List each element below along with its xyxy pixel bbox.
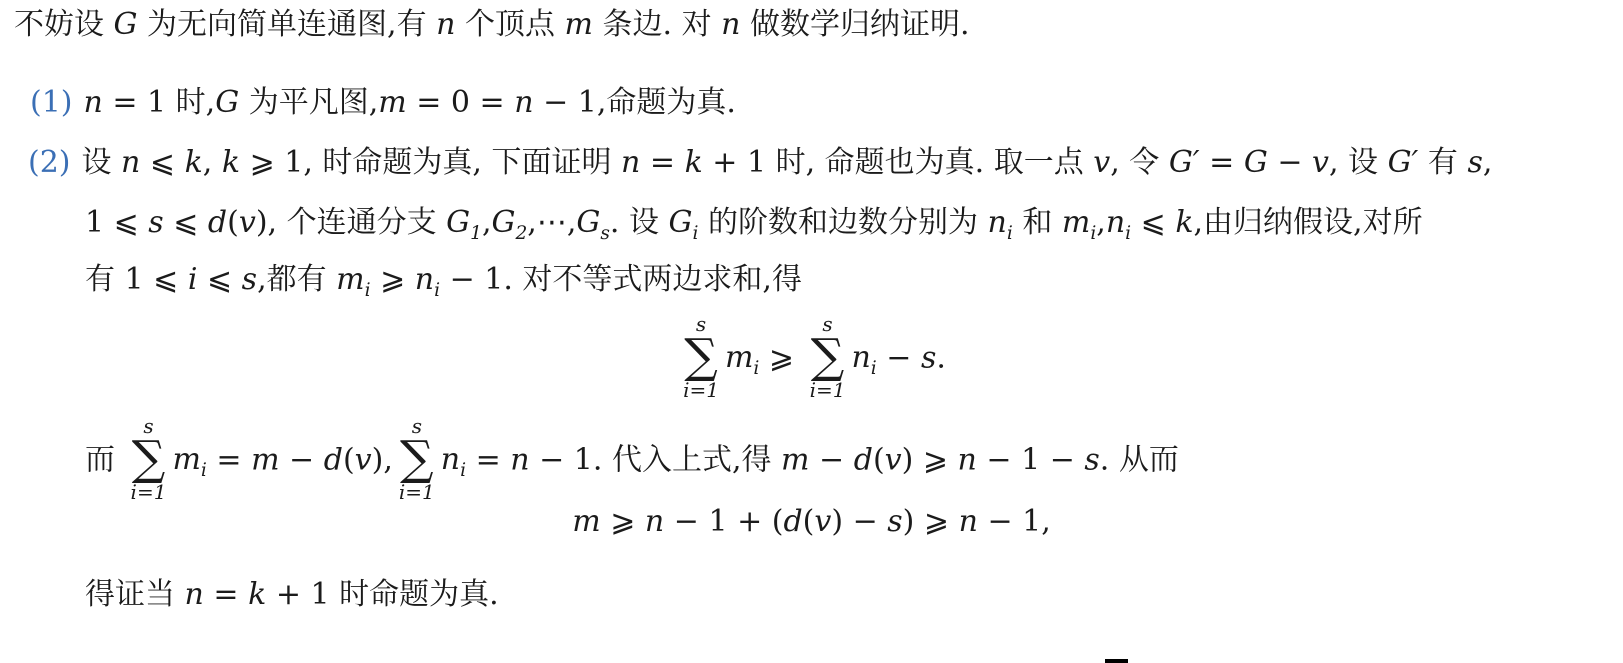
math-variable: G2 — [491, 205, 527, 240]
display-equation-final-inequality: m ⩾ n − 1 + (d(v) − s) ⩾ n − 1, — [0, 503, 1623, 541]
math-variable: n — [645, 504, 664, 539]
math-variable: G′ — [1388, 145, 1419, 180]
math-subscript: s — [600, 223, 610, 244]
math-variable: n — [959, 504, 978, 539]
math-variable: m — [572, 504, 600, 539]
math-variable: mi — [1062, 205, 1096, 240]
item-2-continuation-2: 有 1 ⩽ i ⩽ s,都有 mi ⩾ ni − 1. 对不等式两边求和,得 — [85, 261, 802, 299]
math-variable: ni — [988, 205, 1013, 240]
text-run: , — [1483, 145, 1493, 180]
math-variable: d — [783, 504, 802, 539]
math-variable: n — [436, 7, 455, 42]
text-run: 得证当 — [85, 577, 185, 612]
math-variable: m — [251, 442, 279, 477]
text-run: ⩾ — [759, 340, 803, 375]
math-variable: Gi — [669, 205, 699, 240]
text-run: ,都有 — [257, 262, 336, 297]
text-run: − 1 + ( — [664, 504, 783, 539]
math-variable: mi — [336, 262, 370, 297]
item-number: (1) — [30, 85, 73, 120]
math-variable: s — [148, 205, 163, 240]
intro-line: 不妨设 G 为无向简单连通图,有 n 个顶点 m 条边. 对 n 做数学归纳证明… — [14, 6, 970, 44]
text-run: ⩾ — [601, 504, 645, 539]
math-variable: G — [1244, 145, 1268, 180]
sigma-glyph: ∑ — [400, 437, 434, 482]
math-variable: k — [1175, 205, 1193, 240]
math-variable: d — [854, 442, 873, 477]
text-run: − 1,命题为真. — [534, 85, 736, 120]
summation-symbol: s∑i=1 — [131, 416, 167, 503]
text-run: ), — [372, 442, 393, 477]
math-variable: k — [685, 145, 703, 180]
sum-lower-limit: i=1 — [683, 380, 719, 401]
text-run: ( — [227, 205, 239, 240]
math-variable: G — [114, 7, 138, 42]
math-variable: m — [781, 442, 809, 477]
math-subscript: 2 — [515, 223, 527, 244]
text-run: , — [1096, 205, 1106, 240]
math-variable: n — [121, 145, 140, 180]
math-variable: v — [814, 504, 831, 539]
text-run: − — [810, 442, 854, 477]
math-variable: v — [885, 442, 902, 477]
text-run: ,由归纳假设,对所 — [1194, 205, 1423, 240]
text-run: 有 — [1418, 145, 1467, 180]
math-variable: n — [514, 85, 533, 120]
text-run: 1 ⩽ — [85, 205, 148, 240]
text-run: − 1 − — [977, 442, 1085, 477]
text-run: 个顶点 — [455, 7, 564, 42]
text-run: = 1 时, — [103, 85, 215, 120]
math-variable: G′ — [1169, 145, 1200, 180]
text-run: 而 — [85, 442, 125, 477]
text-run: 和 — [1013, 205, 1062, 240]
text-run: ,⋯, — [527, 205, 576, 240]
summation-symbol: s∑i=1 — [683, 314, 719, 401]
math-variable: k — [222, 145, 240, 180]
math-variable: k — [185, 145, 203, 180]
text-run: − 1. 对不等式两边求和,得 — [440, 262, 802, 297]
text-run: + 1 时命题为真. — [266, 577, 498, 612]
text-run: ) − — [831, 504, 887, 539]
text-run: ) ⩾ — [903, 504, 959, 539]
text-run: 有 1 ⩽ — [85, 262, 188, 297]
math-proof-document: 不妨设 G 为无向简单连通图,有 n 个顶点 m 条边. 对 n 做数学归纳证明… — [0, 0, 1623, 663]
text-run: . — [936, 340, 946, 375]
math-variable: G — [215, 85, 239, 120]
text-run: ⩽ — [140, 145, 184, 180]
sum-lower-limit: i=1 — [399, 482, 435, 503]
math-variable: s — [1467, 145, 1482, 180]
math-variable: n — [621, 145, 640, 180]
text-run: 的阶数和边数分别为 — [698, 205, 987, 240]
text-run: ( — [343, 442, 355, 477]
text-run: 条边. 对 — [593, 7, 721, 42]
item-1-base-case: (1)n = 1 时,G 为平凡图,m = 0 = n − 1,命题为真. — [30, 84, 736, 122]
text-run: 设 — [82, 145, 122, 180]
math-variable: d — [208, 205, 227, 240]
cutoff-next-line-bar — [1105, 659, 1128, 663]
math-variable: n — [958, 442, 977, 477]
text-run: , — [203, 145, 222, 180]
text-run: ⩾ — [371, 262, 415, 297]
math-variable: s — [242, 262, 257, 297]
text-run: − — [877, 340, 921, 375]
math-variable: k — [248, 577, 266, 612]
text-run: = 0 = — [407, 85, 515, 120]
math-variable: mi — [172, 442, 206, 477]
math-variable: n — [721, 7, 740, 42]
sigma-glyph: ∑ — [132, 437, 166, 482]
math-variable: ni — [415, 262, 440, 297]
text-run: ⩾ 1, 时命题为真, 下面证明 — [240, 145, 621, 180]
math-variable: n — [84, 85, 103, 120]
math-variable: v — [239, 205, 256, 240]
math-variable: m — [378, 85, 406, 120]
text-run: , 设 — [1329, 145, 1388, 180]
item-number: (2) — [28, 145, 71, 180]
text-run: − 1. 代入上式,得 — [530, 442, 781, 477]
math-variable: ni — [1106, 205, 1131, 240]
text-run: , 令 — [1110, 145, 1169, 180]
math-variable: n — [185, 577, 204, 612]
sigma-glyph: ∑ — [684, 335, 718, 380]
math-variable: v — [1312, 145, 1329, 180]
text-run: 为平凡图, — [239, 85, 378, 120]
sigma-glyph: ∑ — [811, 335, 845, 380]
math-subscript: 1 — [470, 223, 482, 244]
text-run: 为无向简单连通图,有 — [138, 7, 437, 42]
text-run: − — [280, 442, 324, 477]
sum-lower-limit: i=1 — [131, 482, 167, 503]
math-variable: G1 — [446, 205, 482, 240]
math-variable: v — [355, 442, 372, 477]
math-variable: mi — [725, 340, 759, 375]
text-run: = — [466, 442, 510, 477]
text-run: 做数学归纳证明. — [740, 7, 969, 42]
math-variable: m — [565, 7, 593, 42]
math-variable: s — [1084, 442, 1099, 477]
conclusion-line: 得证当 n = k + 1 时命题为真. — [85, 576, 499, 614]
text-run: ⩽ — [197, 262, 241, 297]
item-2-inductive-step: (2)设 n ⩽ k, k ⩾ 1, 时命题为真, 下面证明 n = k + 1… — [28, 144, 1492, 182]
sum-lower-limit: i=1 — [810, 380, 846, 401]
text-run: ( — [803, 504, 815, 539]
text-run: ( — [873, 442, 885, 477]
text-run: ), 个连通分支 — [256, 205, 446, 240]
math-variable: i — [188, 262, 198, 297]
math-variable: d — [324, 442, 343, 477]
text-run: 不妨设 — [14, 7, 114, 42]
summation-symbol: s∑i=1 — [399, 416, 435, 503]
text-run: . 设 — [610, 205, 669, 240]
summation-symbol: s∑i=1 — [810, 314, 846, 401]
item-2-continuation-1: 1 ⩽ s ⩽ d(v), 个连通分支 G1,G2,⋯,Gs. 设 Gi 的阶数… — [85, 204, 1423, 242]
text-run: − 1, — [978, 504, 1051, 539]
text-run: = — [1200, 145, 1244, 180]
text-run: ⩽ — [1131, 205, 1175, 240]
text-run: = — [207, 442, 251, 477]
math-variable: v — [1093, 145, 1110, 180]
text-run: = — [640, 145, 684, 180]
text-run: + 1 时, 命题也为真. 取一点 — [703, 145, 1094, 180]
math-variable: ni — [851, 340, 876, 375]
text-run: ⩽ — [164, 205, 208, 240]
math-variable: Gs — [576, 205, 610, 240]
math-variable: ni — [441, 442, 466, 477]
math-variable: n — [510, 442, 529, 477]
item-2-continuation-3: 而 s∑i=1mi = m − d(v),s∑i=1ni = n − 1. 代入… — [85, 418, 1179, 505]
text-run: . 从而 — [1100, 442, 1179, 477]
text-run: ) ⩾ — [902, 442, 958, 477]
math-variable: s — [887, 504, 902, 539]
text-run: − — [1268, 145, 1312, 180]
text-run: = — [204, 577, 248, 612]
display-equation-sum-inequality: s∑i=1mi ⩾ s∑i=1ni − s. — [0, 316, 1623, 403]
math-variable: s — [921, 340, 936, 375]
